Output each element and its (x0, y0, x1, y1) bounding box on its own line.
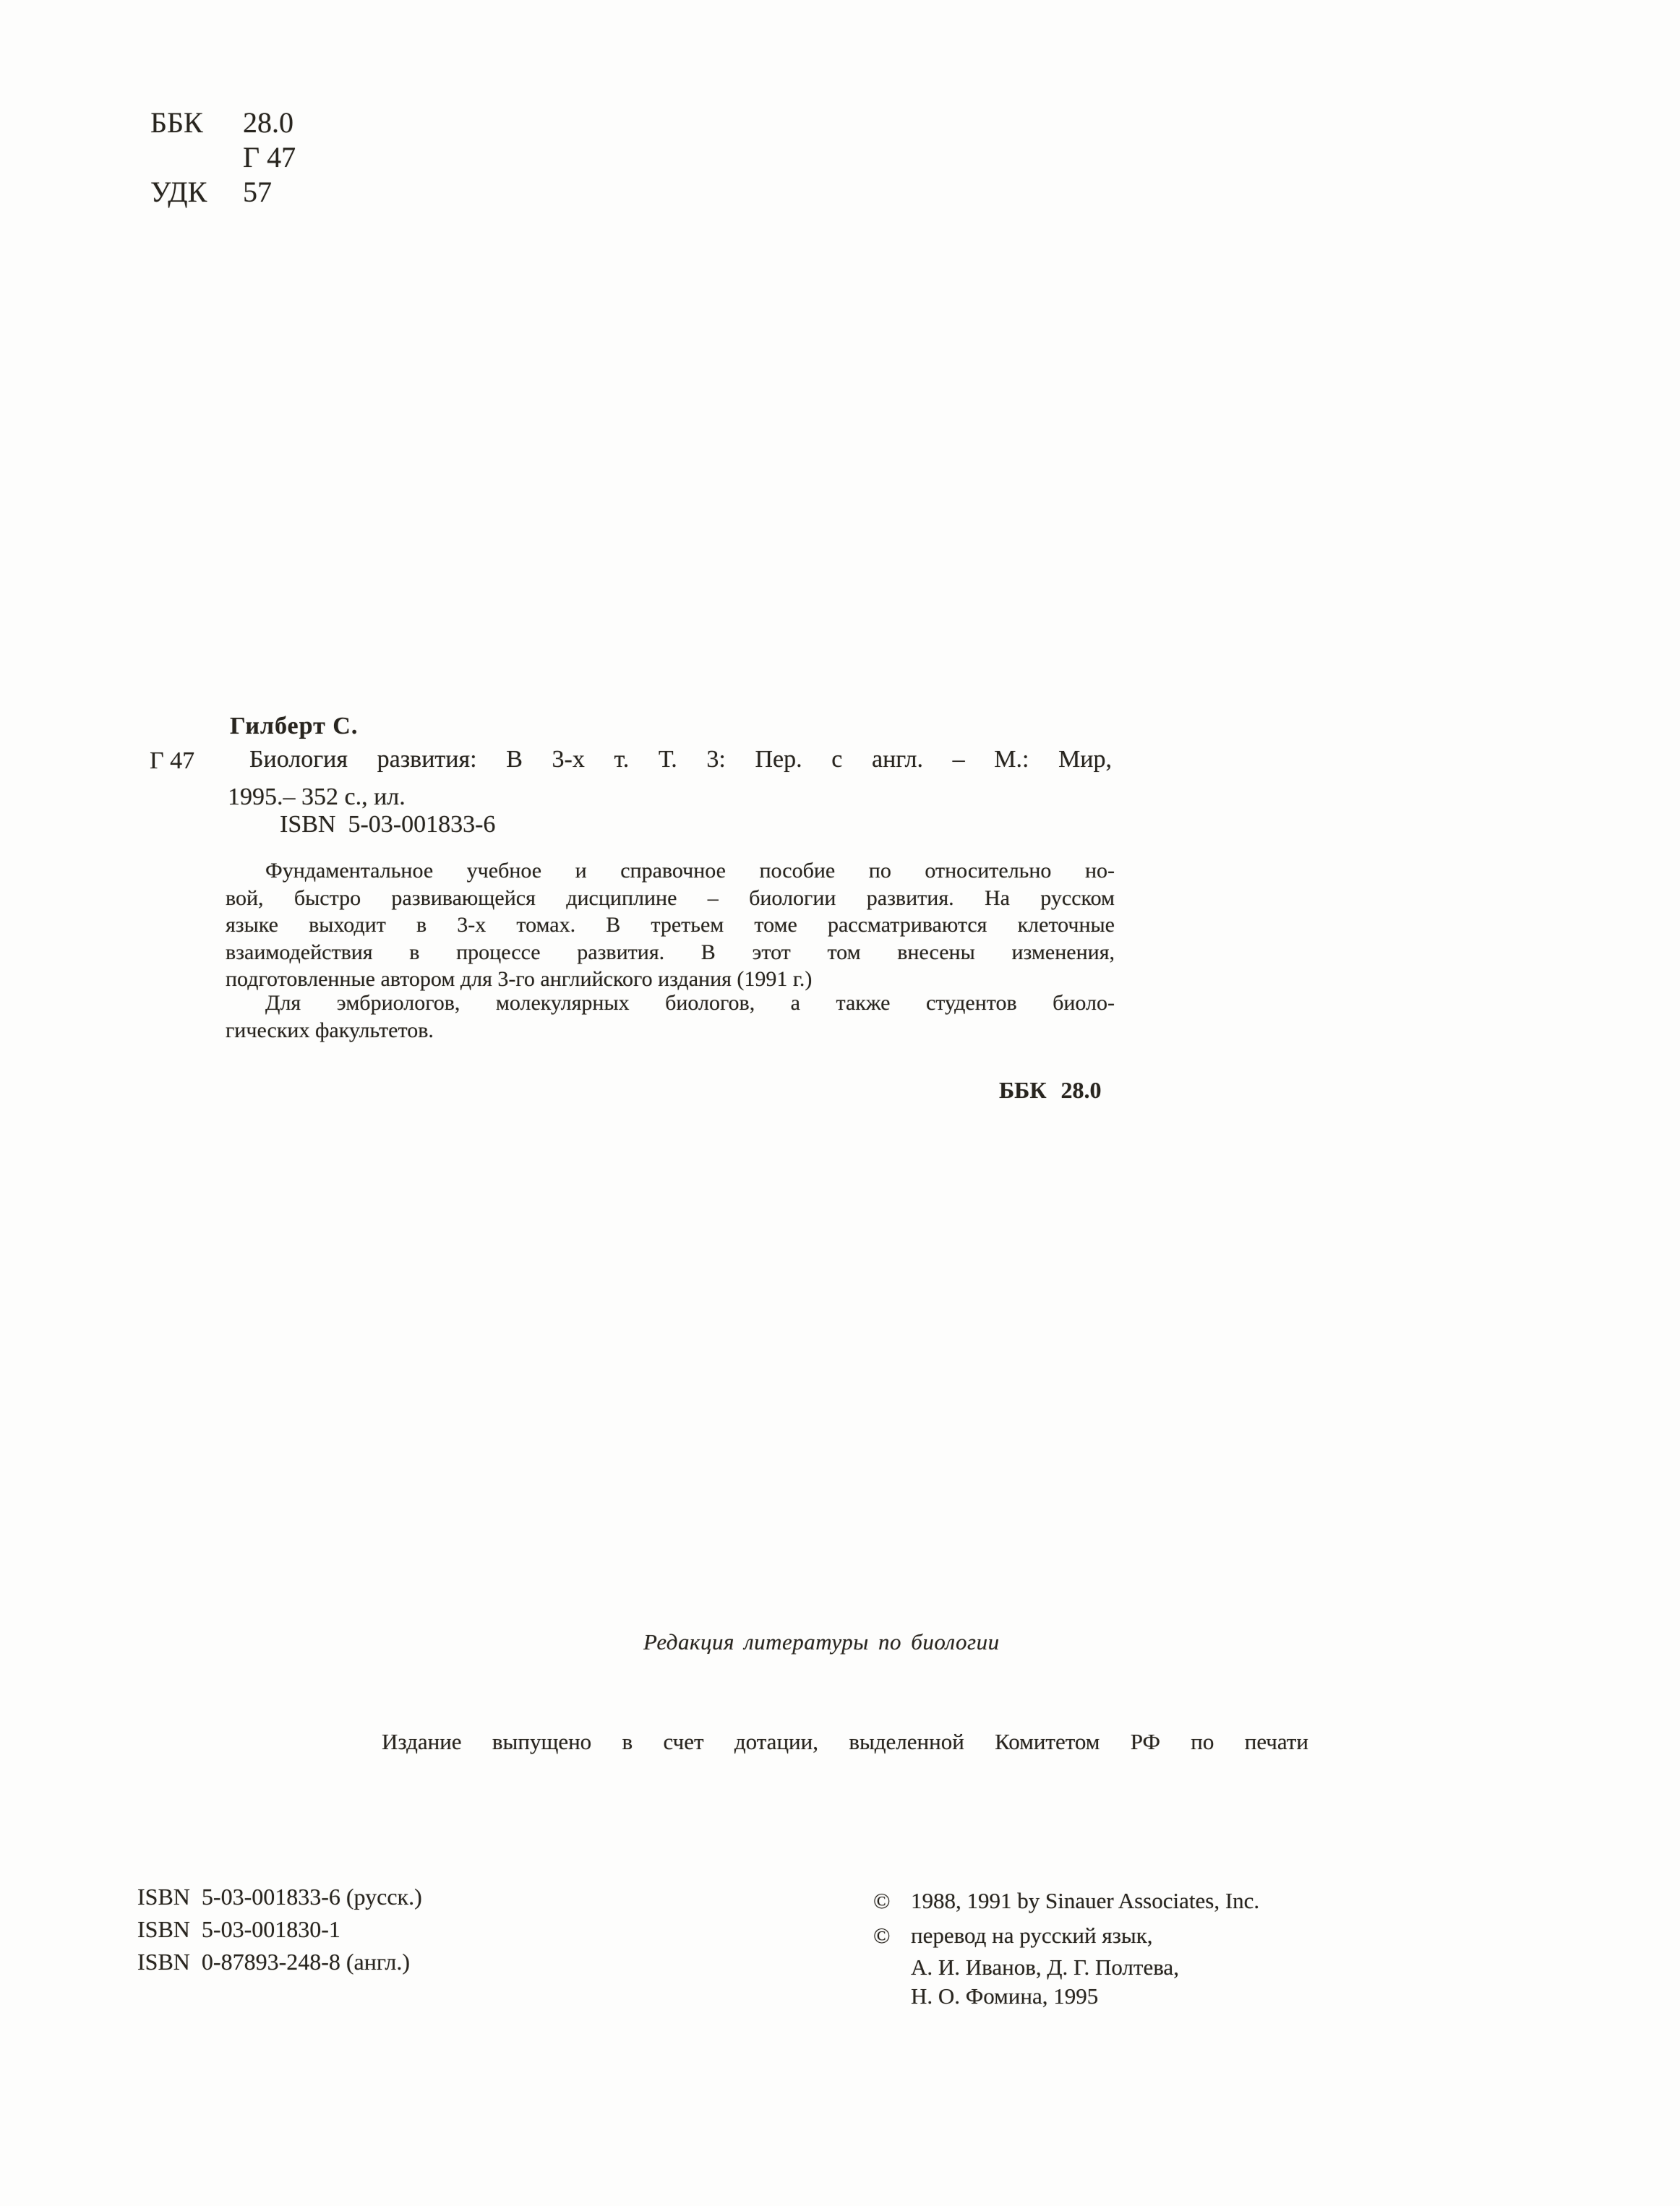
copyright-block: © 1988, 1991 by Sinauer Associates, Inc.… (873, 1887, 1259, 2011)
copyright-text: перевод на русский язык, (911, 1921, 1153, 1950)
isbn-line-russian: ISBN 5-03-001833-6 (русск.) (137, 1881, 422, 1913)
isbn-line-set: ISBN 5-03-001830-1 (137, 1913, 422, 1946)
isbn-line-english: ISBN 0-87893-248-8 (англ.) (137, 1946, 422, 1978)
catalog-publication-line: 1995.– 352 с., ил. (228, 784, 406, 811)
udk-label: УДК (150, 175, 243, 210)
bbk-value: 28.0 (243, 106, 293, 140)
copyright-text: Н. О. Фомина, 1995 (911, 1982, 1098, 2011)
author-sign-value: Г 47 (243, 140, 296, 175)
annotation-line: взаимодействия в процессе развития. В эт… (226, 939, 1115, 966)
annotation-line: Для эмбриологов, молекулярных биологов, … (226, 990, 1115, 1017)
annotation-line: языке выходит в 3-х томах. В третьем том… (226, 911, 1115, 939)
copyright-text: А. И. Иванов, Д. Г. Полтева, (911, 1953, 1179, 1982)
copyright-indent-spacer (873, 1953, 911, 1982)
subsidy-line: Издание выпущено в счет дотации, выделен… (382, 1729, 1308, 1755)
udk-row: УДК 57 (150, 175, 296, 210)
bbk-label: ББК (150, 106, 243, 140)
catalog-author-sign: Г 47 (150, 747, 194, 775)
catalog-author: Гилберт С. (230, 713, 358, 740)
author-sign-spacer (150, 140, 243, 175)
copyright-icon: © (873, 1921, 911, 1950)
isbn-block: ISBN 5-03-001833-6 (русск.) ISBN 5-03-00… (137, 1881, 422, 1978)
catalog-title-line: Биология развития: В 3-х т. Т. 3: Пер. с… (249, 746, 1112, 773)
annotation-paragraph-2: Для эмбриологов, молекулярных биологов, … (226, 990, 1115, 1044)
copyright-icon: © (873, 1887, 911, 1915)
bbk-row: ББК 28.0 (150, 106, 296, 140)
annotation-line: вой, быстро развивающейся дисциплине – б… (226, 885, 1115, 912)
annotation-line: подготовленные автором для 3-го английск… (226, 966, 1115, 993)
catalog-isbn-line: ISBN 5-03-001833-6 (280, 811, 495, 838)
author-sign-row: Г 47 (150, 140, 296, 175)
copyright-indent-spacer (873, 1982, 911, 2011)
copyright-line-translation: © перевод на русский язык, (873, 1921, 1259, 1950)
copyright-line-original: © 1988, 1991 by Sinauer Associates, Inc. (873, 1887, 1259, 1915)
bbk-reference: ББК 28.0 (999, 1077, 1102, 1104)
annotation-paragraph-1: Фундаментальное учебное и справочное пос… (226, 857, 1115, 993)
copyright-text: 1988, 1991 by Sinauer Associates, Inc. (911, 1887, 1259, 1915)
copyright-line-translators-2: Н. О. Фомина, 1995 (873, 1982, 1259, 2011)
copyright-line-translators: А. И. Иванов, Д. Г. Полтева, (873, 1953, 1259, 1982)
annotation-line: Фундаментальное учебное и справочное пос… (226, 857, 1115, 885)
book-imprint-page: ББК 28.0 Г 47 УДК 57 Гилберт С. Г 47 Био… (0, 0, 1680, 2206)
editorial-line: Редакция литературы по биологии (643, 1629, 1000, 1655)
annotation-line: гических факультетов. (226, 1017, 1115, 1044)
classification-block: ББК 28.0 Г 47 УДК 57 (150, 106, 296, 210)
udk-value: 57 (243, 175, 272, 210)
